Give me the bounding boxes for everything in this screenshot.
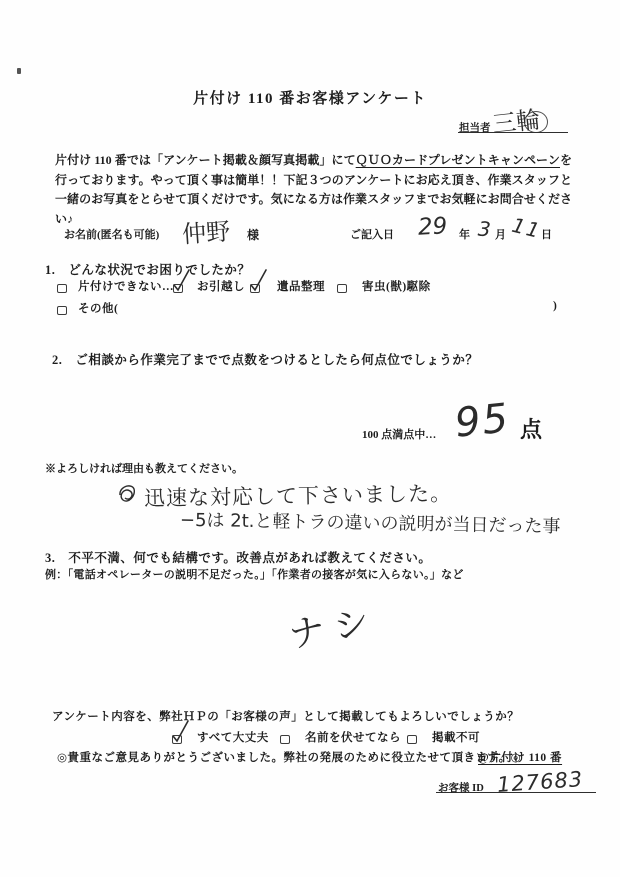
option-label-other: その他( xyxy=(78,300,118,316)
question-3-heading: 3. 不平不満、何でも結構です。改善点があれば教えてください。 xyxy=(45,548,431,566)
scan-artifact xyxy=(17,68,21,74)
question-1-heading: 1. どんな状況でお困りでしたか？ xyxy=(45,260,250,278)
intro-part1: 片付け 110 番では「アンケート掲載＆顔写真掲載」にて xyxy=(55,153,356,167)
thanks-line: ◎貴重なご意見ありがとうございました。弊社の発展のために役立たせて頂きます。◎ xyxy=(57,749,521,765)
date-year-handwritten: 29 xyxy=(417,213,448,240)
brand-signature: @片付け 110 番 xyxy=(478,749,562,765)
staff-stamp-circle xyxy=(524,111,548,133)
score-handwritten: 95 xyxy=(453,395,512,446)
checkbox-moving xyxy=(173,280,183,289)
intro-paragraph: 片付け 110 番では「アンケート掲載＆顔写真掲載」にてＱＵＯカードプレゼントキ… xyxy=(55,151,572,229)
intro-campaign-underlined: ＱＵＯカードプレゼントキャンペーン xyxy=(356,153,560,167)
day-label: 日 xyxy=(541,226,552,242)
reason-line2-handwritten: −5は 2t.と軽トラの違いの説明が当日だった事 xyxy=(180,506,561,539)
option-label-pest-removal: 害虫(獣)駆除 xyxy=(362,278,431,294)
checkbox-publish-anonymous xyxy=(280,731,290,740)
check-mark xyxy=(248,267,268,293)
score-unit: 点 xyxy=(520,413,542,444)
year-label: 年 xyxy=(459,226,470,242)
checkbox-pest-removal xyxy=(337,280,347,289)
checkbox-other xyxy=(57,302,67,311)
scribble-mark xyxy=(116,481,140,507)
survey-form-scan: 片付け 110 番お客様アンケート 担当者 三輪 片付け 110 番では「アンケ… xyxy=(0,0,620,877)
checkbox-estate-cleanup xyxy=(250,280,260,289)
option-label-cannot-tidy: 片付けできない… xyxy=(78,278,174,294)
publish-option-not-allowed: 掲載不可 xyxy=(432,729,480,745)
option-label-moving: お引越し xyxy=(197,278,245,294)
publish-option-all-ok: すべて大丈夫 xyxy=(197,729,269,745)
customer-id-label: お客様 ID xyxy=(438,780,484,795)
checkbox-cannot-tidy xyxy=(57,280,67,289)
checkbox-box xyxy=(280,735,290,744)
publish-question: アンケート内容を、弊社ＨＰの「お客様の声」として掲載してもよろしいでしょうか？ xyxy=(52,708,519,724)
checkbox-publish-ok xyxy=(172,731,182,740)
check-mark xyxy=(170,718,190,744)
checkbox-box xyxy=(57,284,67,293)
question-3-example: 例：「電話オペレーターの説明不足だった。」「作業者の接客が気に入らない。」など xyxy=(45,566,464,582)
name-handwritten: 仲野 xyxy=(181,211,231,249)
honorific-label: 様 xyxy=(247,226,260,243)
option-label-estate-cleanup: 遺品整理 xyxy=(277,278,325,294)
question-2-heading: 2. ご相談から作業完了までで点数をつけるとしたら何点位でしょうか？ xyxy=(52,350,478,368)
date-month-handwritten: 3 xyxy=(477,217,491,242)
checkbox-publish-no xyxy=(407,731,417,740)
checkbox-box xyxy=(337,284,347,293)
q3-answer-handwritten: ナシ xyxy=(284,592,383,658)
publish-option-anonymous: 名前を伏せてなら xyxy=(305,729,401,745)
check-mark xyxy=(171,267,191,293)
other-close-paren: ) xyxy=(553,300,557,312)
checkbox-box xyxy=(57,306,67,315)
name-label: お名前(匿名も可能) xyxy=(64,226,159,242)
month-label: 月 xyxy=(495,226,506,242)
reason-prompt: ※よろしければ理由も教えてください。 xyxy=(45,460,243,476)
checkbox-box xyxy=(407,735,417,744)
staff-label: 担当者 xyxy=(459,120,491,135)
score-prefix: 100 点満点中… xyxy=(362,426,436,442)
date-label: ご記入日 xyxy=(350,226,394,242)
